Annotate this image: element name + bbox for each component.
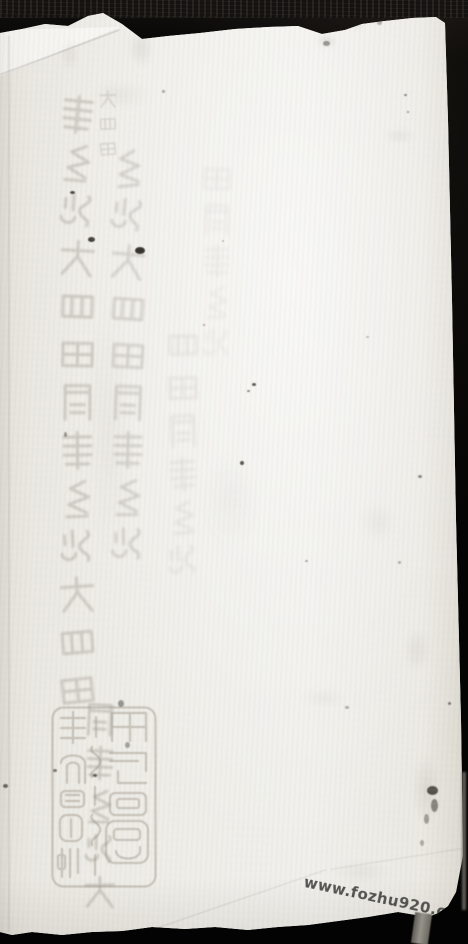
ink-speck <box>240 461 244 465</box>
ink-speck <box>407 111 409 113</box>
binding-edge-top <box>0 0 468 18</box>
ink-speck <box>323 41 330 46</box>
bleedthrough-column <box>198 160 236 362</box>
ink-speck <box>345 706 349 709</box>
ink-speck <box>424 814 429 824</box>
stain-smudge <box>84 300 134 560</box>
ink-speck <box>404 94 407 96</box>
ink-speck <box>135 247 145 254</box>
ink-speck <box>448 702 451 705</box>
ink-speck <box>305 560 308 562</box>
bleedthrough-column <box>163 325 203 580</box>
crease-line <box>8 36 10 932</box>
ink-speck <box>203 324 205 326</box>
stain-smudge <box>300 688 346 708</box>
ink-speck <box>64 432 67 437</box>
ink-speck <box>70 191 75 194</box>
ink-speck <box>252 383 256 386</box>
ink-speck <box>431 799 438 812</box>
stain-smudge <box>90 80 150 110</box>
ink-speck <box>418 475 422 478</box>
ink-speck <box>366 336 369 338</box>
ink-speck <box>88 237 95 242</box>
ink-speck <box>222 240 224 242</box>
ink-speck <box>420 840 424 846</box>
stain-smudge <box>412 755 440 825</box>
ink-speck <box>398 561 401 564</box>
bleedthrough-column <box>55 92 100 713</box>
seal-impression <box>48 703 160 891</box>
stain-smudge <box>382 128 416 144</box>
crease-line <box>330 848 464 870</box>
scanned-page-root: www.fozhu920.com <box>0 0 468 944</box>
bleedthrough-column <box>106 146 150 566</box>
page-sheet: www.fozhu920.com <box>0 0 468 944</box>
bleedthrough-column <box>97 88 119 160</box>
stain-smudge <box>200 450 260 550</box>
ink-speck <box>247 390 250 392</box>
ink-speck <box>3 784 8 788</box>
stain-smudge <box>360 500 396 544</box>
page-stack-edge-right <box>462 772 466 910</box>
ink-speck <box>162 90 165 93</box>
crease-line <box>141 869 327 934</box>
ink-speck <box>427 786 438 795</box>
stain-smudge <box>404 628 430 672</box>
stain-smudge <box>316 34 338 48</box>
